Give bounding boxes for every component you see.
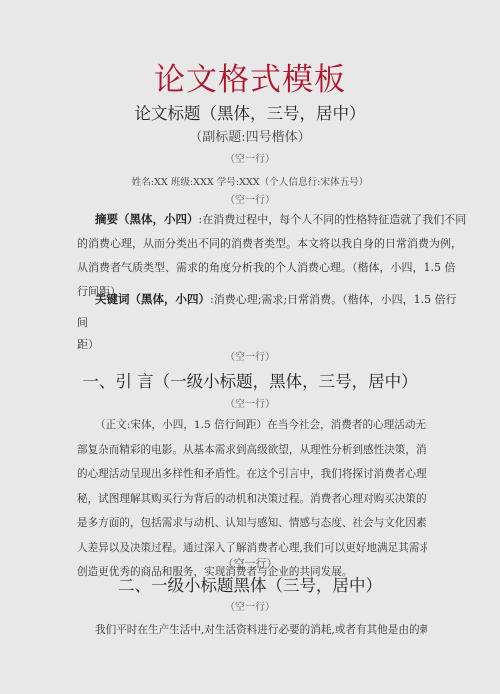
- section-heading-1: 一、引 言（一级小标题，黑体，三号，居中）: [0, 371, 500, 393]
- main-title: 论文格式模板: [0, 60, 500, 100]
- blank-line-note: （空一行）: [0, 351, 500, 365]
- blank-line-note: （空一行）: [0, 194, 500, 208]
- keywords-label: 关键词（黑体，小四）: [95, 292, 210, 306]
- body-line: 是多方面的，包括需求与动机、认知与感知、情感与态度、社会与文化因素、个: [77, 511, 427, 536]
- keywords-line: :消费心理;需求;日常消费。（楷体，小四，1.5 倍行: [210, 293, 457, 306]
- abstract-line: 从消费者气质类型、需求的角度分析我的个人消费心理。（楷体，小四，1.5 倍: [77, 256, 427, 280]
- document-page: 论文格式模板 论文标题（黑体，三号，居中） （副标题:四号楷体） （空一行） 姓…: [0, 0, 500, 694]
- body-line: 的心理活动呈现出多样性和矛盾性。在这个引言中，我们将探讨消费者心理的奥: [77, 462, 427, 487]
- abstract-line: 的消费心理，从而分类出不同的消费者类型。本文将以我自身的日常消费为例，: [77, 232, 427, 256]
- thesis-title: 论文标题（黑体，三号，居中）: [0, 103, 500, 125]
- section2-body: 我们平时在生产生活中,对生活资料进行必要的消耗,或者有其他是由的刺激: [77, 618, 427, 643]
- abstract-line: :在消费过程中，每个人不同的性格特征造就了我们不同: [199, 213, 467, 226]
- keywords-paragraph: 关键词（黑体，小四）:消费心理;需求;日常消费。（楷体，小四，1.5 倍行 间 …: [77, 287, 427, 356]
- body-line: 我们平时在生产生活中,对生活资料进行必要的消耗,或者有其他是由的刺激: [77, 618, 427, 643]
- body-line: 部复杂而精彩的电影。从基本需求到高级欲望，从理性分析到感性决策，消费者: [77, 438, 427, 463]
- section-heading-2: 二、一级小标题黑体（三号，居中）: [0, 575, 500, 597]
- keywords-line: 间: [77, 312, 427, 334]
- blank-line-note: （空一行）: [0, 557, 500, 571]
- blank-line-note: （空一行）: [0, 398, 500, 412]
- abstract-label: 摘要（黑体，小四）: [95, 212, 199, 226]
- body-line: 秘，试图理解其购买行为背后的动机和决策过程。消费者心理对购买决策的影响: [77, 487, 427, 512]
- blank-line-note: （空一行）: [0, 601, 500, 615]
- blank-line-note: （空一行）: [0, 153, 500, 167]
- author-info: 姓名:XX 班级:XXX 学号:XXX（个人信息行:宋体五号）: [0, 176, 500, 190]
- body-line: （正文:宋体，小四，1.5 倍行间距）在当今社会，消费者的心理活动无疑是: [77, 413, 427, 438]
- subtitle: （副标题:四号楷体）: [0, 129, 500, 147]
